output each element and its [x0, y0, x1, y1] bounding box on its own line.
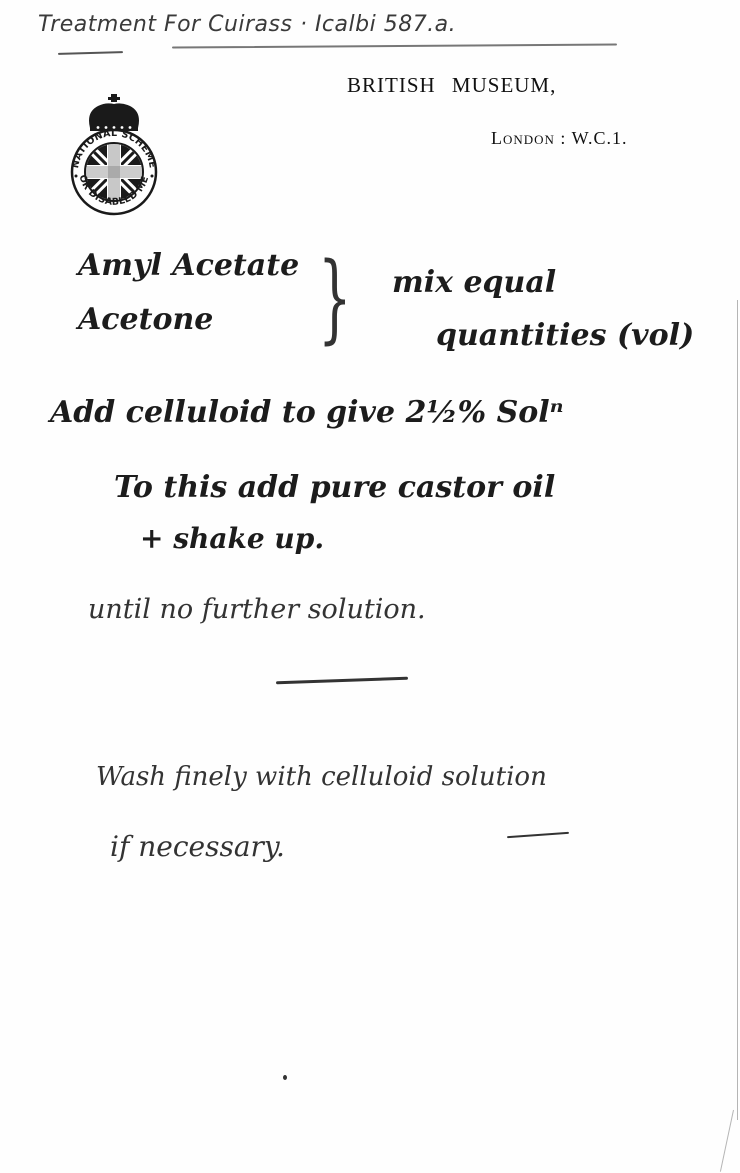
- letterhead-institution: BRITISH MUSEUM,: [347, 73, 556, 98]
- letter-page: Treatment For Cuirass · Icalbi 587.a. BR…: [0, 0, 740, 1173]
- ingredient-acetone: Acetone: [78, 302, 213, 337]
- separator-stroke: [276, 677, 408, 685]
- separator-stroke: [507, 832, 569, 838]
- paper-speck: [283, 1075, 287, 1080]
- letterhead-address: London : W.C.1.: [491, 128, 627, 149]
- catalogue-annotation: Treatment For Cuirass · Icalbi 587.a.: [38, 12, 456, 37]
- step-until-no-further-solution: until no further solution.: [88, 594, 426, 625]
- step-shake-up: + shake up.: [140, 522, 324, 555]
- step-wash-with-solution: Wash finely with celluloid solution: [96, 762, 547, 792]
- annotation-underline: [172, 43, 617, 48]
- paper-edge-shadow: [737, 300, 738, 1120]
- mix-instruction-line2: quantities (vol): [436, 318, 694, 353]
- step-add-celluloid: Add celluloid to give 2½% Solⁿ: [50, 395, 563, 430]
- curly-brace-icon: }: [318, 250, 352, 346]
- step-add-castor-oil: To this add pure castor oil: [114, 470, 555, 505]
- step-if-necessary: if necessary.: [110, 830, 285, 863]
- national-scheme-emblem-icon: NATIONAL SCHEME FOR DISABLED MEN: [68, 92, 160, 216]
- paper-edge-shadow: [720, 1110, 734, 1172]
- ingredient-amyl-acetate: Amyl Acetate: [78, 248, 299, 283]
- mix-instruction-line1: mix equal: [392, 265, 556, 300]
- annotation-underline: [58, 51, 123, 55]
